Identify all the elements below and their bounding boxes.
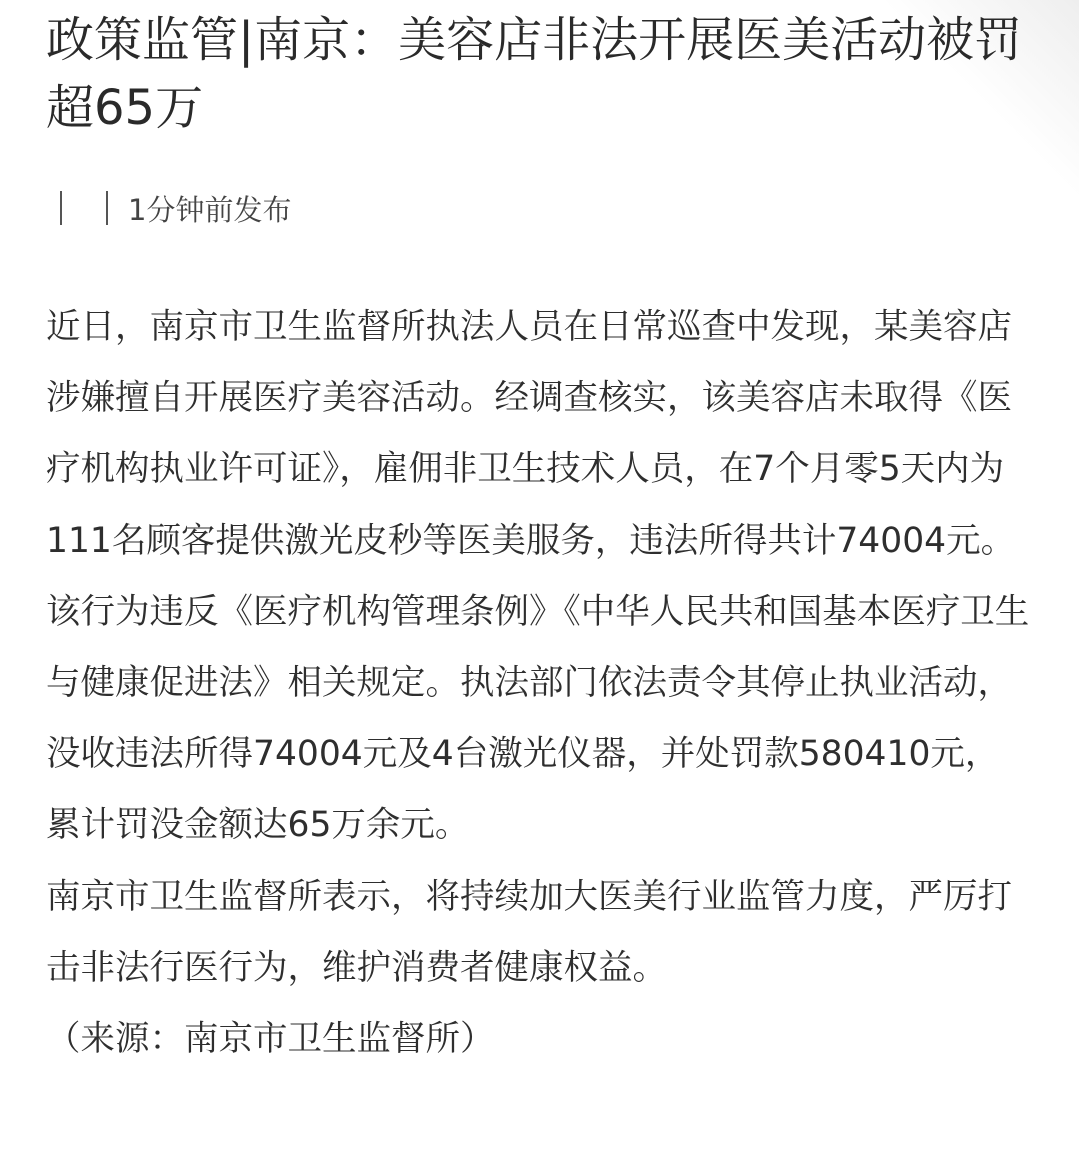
article-title: 政策监管|南京：美容店非法开展医美活动被罚超65万 — [46, 6, 1046, 142]
article-paragraph: 近日，南京市卫生监督所执法人员在日常巡查中发现，某美容店涉嫌擅自开展医疗美容活动… — [46, 292, 1031, 862]
meta-divider — [106, 191, 108, 225]
article-paragraph: 南京市卫生监督所表示，将持续加大医美行业监管力度，严厉打击非法行医行为，维护消费… — [46, 862, 1031, 1004]
article-source: （来源：南京市卫生监督所） — [46, 1004, 1031, 1075]
meta-divider — [60, 191, 62, 225]
article-page: 政策监管|南京：美容店非法开展医美活动被罚超65万 1分钟前发布 近日，南京市卫… — [0, 0, 1079, 1163]
article-body: 近日，南京市卫生监督所执法人员在日常巡查中发现，某美容店涉嫌擅自开展医疗美容活动… — [46, 292, 1031, 1075]
publish-time: 1分钟前发布 — [128, 188, 291, 229]
article-meta: 1分钟前发布 — [60, 188, 291, 228]
